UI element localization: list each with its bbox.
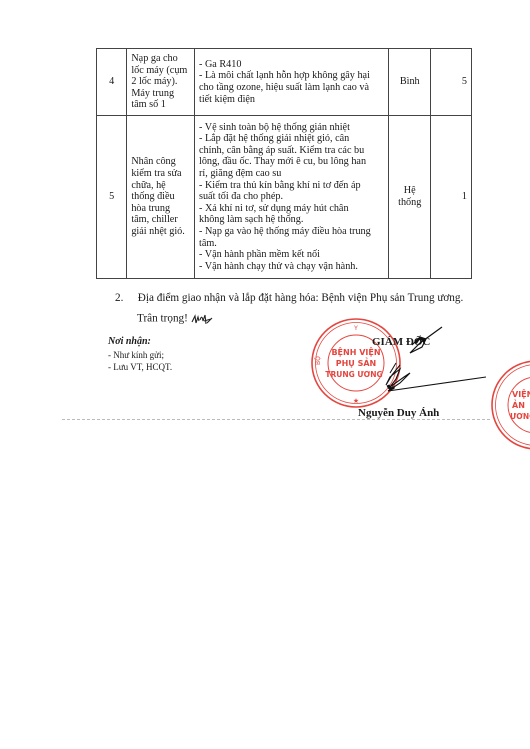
svg-text:ẢN: ẢN — [512, 399, 525, 410]
regards-text: Trân trọng! — [137, 313, 188, 325]
item-quantity: 5 — [431, 49, 472, 116]
item-unit: Hệ thống — [389, 116, 431, 279]
svg-text:VIỆN: VIỆN — [512, 389, 530, 399]
initial-signature-icon — [191, 312, 213, 326]
svg-text:ƯƠNG: ƯƠNG — [510, 412, 530, 421]
item-description: - Vệ sinh toàn bộ hệ thống giản nhiệt - … — [195, 116, 389, 279]
list-number: 2. — [115, 292, 135, 304]
svg-text:BỘ: BỘ — [315, 356, 322, 365]
item-description: - Ga R410 - Là môi chất lạnh hỗn hợp khô… — [195, 49, 389, 116]
item-quantity: 1 — [431, 116, 472, 279]
table-row: 4 Nạp ga cho lốc máy (cụm 2 lốc máy). Má… — [97, 49, 472, 116]
recipient-item: - Như kính gửi; — [108, 349, 172, 362]
item-name: Nạp ga cho lốc máy (cụm 2 lốc máy). Máy … — [127, 49, 195, 116]
delivery-location-paragraph: 2. Địa điểm giao nhận và lắp đặt hàng hó… — [115, 292, 463, 304]
goods-table: 4 Nạp ga cho lốc máy (cụm 2 lốc máy). Má… — [96, 48, 472, 279]
delivery-location-text: Địa điểm giao nhận và lắp đặt hàng hóa: … — [138, 292, 464, 304]
item-name: Nhân công kiểm tra sửa chữa, hệ thống đi… — [127, 116, 195, 279]
table-row: 5 Nhân công kiểm tra sửa chữa, hệ thống … — [97, 116, 472, 279]
closing-regards: Trân trọng! — [137, 312, 213, 326]
svg-text:★: ★ — [353, 397, 359, 405]
document-page: 4 Nạp ga cho lốc máy (cụm 2 lốc máy). Má… — [0, 0, 530, 749]
signer-name: Nguyễn Duy Ánh — [358, 407, 439, 419]
recipients-block: Nơi nhận: - Như kính gửi; - Lưu VT, HCQT… — [108, 336, 172, 374]
signature-icon — [360, 325, 500, 415]
row-number: 4 — [97, 49, 127, 116]
item-unit: Bình — [389, 49, 431, 116]
recipients-title: Nơi nhận: — [108, 336, 172, 349]
row-number: 5 — [97, 116, 127, 279]
page-divider — [62, 419, 490, 420]
svg-text:Y: Y — [353, 325, 358, 332]
recipient-item: - Lưu VT, HCQT. — [108, 361, 172, 374]
